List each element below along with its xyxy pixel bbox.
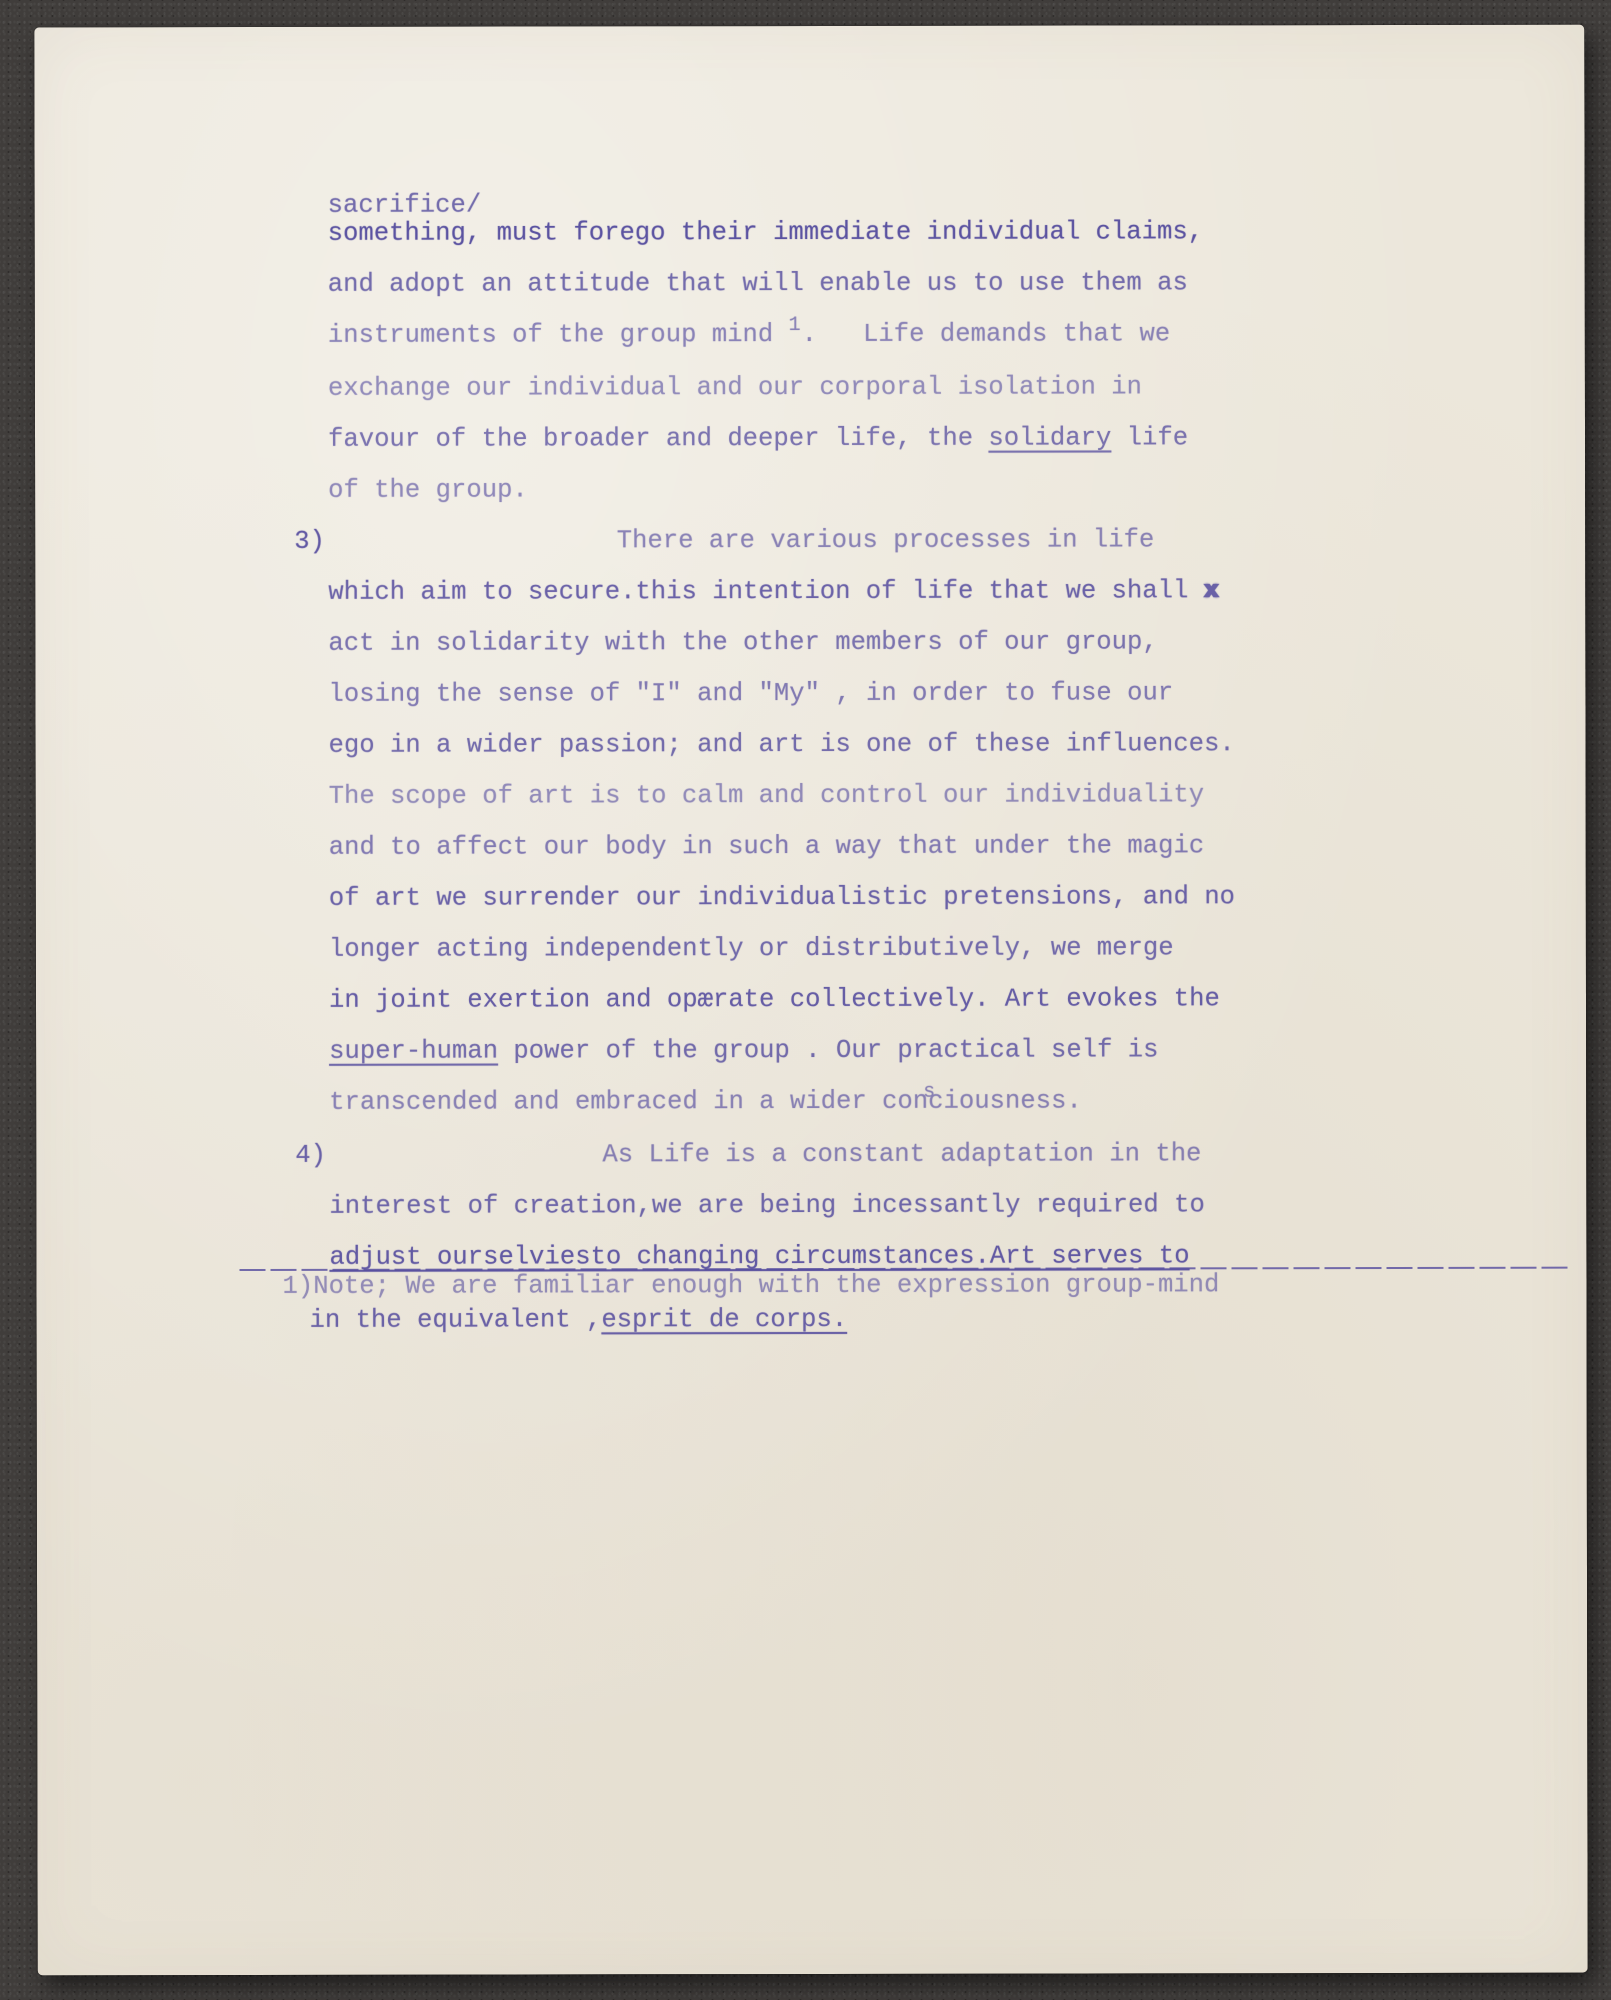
typed-text: 3): [294, 527, 325, 556]
typed-text: The scope of art is to calm and control …: [329, 780, 1205, 811]
typed-text: in joint exertion and opærate collective…: [329, 984, 1220, 1015]
typed-line: something, must forego their immediate i…: [328, 218, 1585, 248]
typed-text: There are various processes in life: [325, 525, 1154, 555]
typed-text: and adopt an attitude that will enable u…: [328, 268, 1188, 299]
typed-text: ego in a wider passion; and art is one o…: [329, 729, 1235, 760]
typed-line: super-human power of the group . Our pra…: [329, 1036, 1586, 1066]
typed-text: solidary: [988, 423, 1111, 452]
typed-line: 3) There are various processes in life: [294, 526, 1585, 556]
typed-line: interest of creation,we are being incess…: [329, 1191, 1586, 1221]
typed-line: of the group.: [328, 475, 1585, 505]
typed-line: of art we surrender our individualistic …: [329, 883, 1586, 913]
typed-line: and to affect our body in such a way tha…: [329, 832, 1586, 862]
typed-text: exchange our individual and our corporal…: [328, 372, 1142, 402]
typed-text: in the equivalent ,: [310, 1305, 602, 1335]
typed-text: esprit de corps.: [601, 1305, 847, 1334]
typed-text: of the group.: [328, 475, 528, 504]
text-block: sacrifice/something, must forego their i…: [34, 25, 1586, 1336]
typed-text: sacrifice/: [328, 191, 482, 220]
typed-text: which aim to secure.this intention of li…: [328, 576, 1204, 607]
typed-line: and adopt an attitude that will enable u…: [328, 269, 1585, 299]
strikeout-x: x: [1204, 576, 1219, 605]
typed-line: ego in a wider passion; and art is one o…: [329, 730, 1586, 760]
typed-text: life: [1111, 423, 1188, 452]
typed-line: exchange our individual and our corporal…: [328, 373, 1585, 403]
desk-background: sacrifice/something, must forego their i…: [0, 0, 1611, 2000]
typed-text: losing the sense of "I" and "My" , in or…: [328, 678, 1173, 708]
typed-line: favour of the broader and deeper life, t…: [328, 424, 1585, 454]
typed-text: act in solidarity with the other members…: [328, 627, 1157, 657]
typed-line: transcended and embraced in a wider cons…: [329, 1087, 1586, 1119]
typed-text: something, must forego their immediate i…: [328, 217, 1204, 248]
typed-text: . Life demands that we: [802, 319, 1171, 349]
typed-line: act in solidarity with the other members…: [328, 628, 1585, 658]
typed-text: favour of the broader and deeper life, t…: [328, 424, 988, 454]
typescript-page: sacrifice/something, must forego their i…: [34, 25, 1587, 1976]
typed-text: ciousness.: [928, 1087, 1082, 1116]
typed-line: 4) As Life is a constant adaptation in t…: [295, 1140, 1586, 1170]
typed-line: sacrifice/: [328, 190, 1585, 220]
typed-line: in the equivalent ,esprit de corps.: [310, 1305, 1587, 1335]
typed-line: losing the sense of "I" and "My" , in or…: [328, 679, 1585, 709]
typed-line: The scope of art is to calm and control …: [329, 781, 1586, 811]
typed-line: instruments of the group mind 1. Life de…: [328, 320, 1585, 352]
typed-text: of art we surrender our individualistic …: [329, 882, 1235, 913]
typed-text: and to affect our body in such a way tha…: [329, 831, 1205, 862]
typed-line: 1)Note; We are familiar enough with the …: [282, 1271, 1586, 1301]
typed-text: 1)Note; We are familiar enough with the …: [282, 1270, 1219, 1301]
typed-text: 4): [295, 1141, 326, 1170]
footnote-marker: 1: [789, 312, 802, 340]
typed-text: longer acting independently or distribut…: [329, 933, 1174, 963]
typed-line: longer acting independently or distribut…: [329, 934, 1586, 964]
typed-text: As Life is a constant adaptation in the: [326, 1139, 1202, 1170]
typed-text: interest of creation,we are being incess…: [329, 1190, 1205, 1221]
typed-text: super-human: [329, 1037, 498, 1066]
typed-line: which aim to secure.this intention of li…: [328, 577, 1585, 607]
typed-text: power of the group . Our practical self …: [498, 1035, 1158, 1065]
typed-line: in joint exertion and opærate collective…: [329, 985, 1586, 1015]
typed-text: transcended and embraced in a wider con: [329, 1087, 928, 1117]
typed-text: instruments of the group mind: [328, 320, 789, 350]
